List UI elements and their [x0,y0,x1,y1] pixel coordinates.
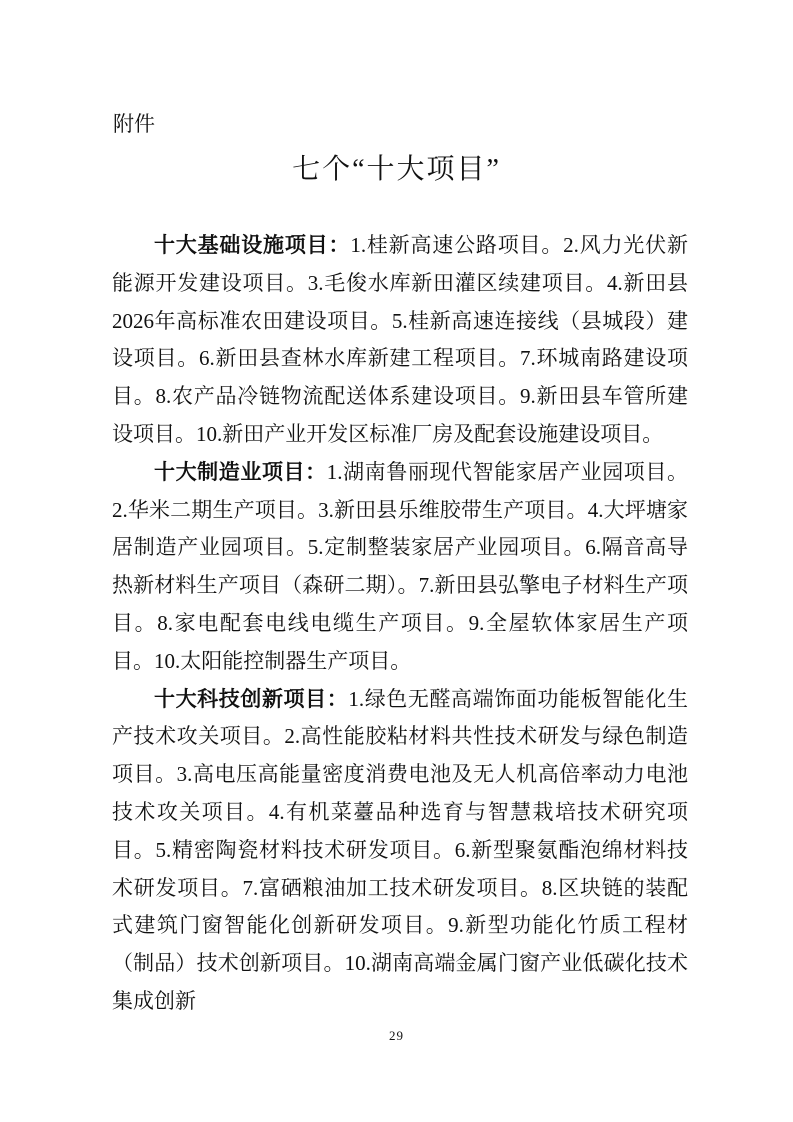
document-page: 附件 七个“十大项目” 十大基础设施项目：1.桂新高速公路项目。2.风力光伏新能… [0,0,793,1122]
paragraph-text: 1.湖南鲁丽现代智能家居产业园项目。2.华米二期生产项目。3.新田县乐维胶带生产… [112,460,688,673]
paragraph-text: 1.绿色无醛高端饰面功能板智能化生产技术攻关项目。2.高性能胶粘材料共性技术研发… [112,687,688,1013]
paragraph-infrastructure-projects: 十大基础设施项目：1.桂新高速公路项目。2.风力光伏新能源开发建设项目。3.毛俊… [112,227,688,454]
paragraph-heading: 十大制造业项目： [154,460,327,484]
paragraph-manufacturing-projects: 十大制造业项目：1.湖南鲁丽现代智能家居产业园项目。2.华米二期生产项目。3.新… [112,454,688,681]
page-title: 七个“十大项目” [0,147,793,187]
document-body: 十大基础设施项目：1.桂新高速公路项目。2.风力光伏新能源开发建设项目。3.毛俊… [112,227,688,1021]
attachment-label: 附件 [113,110,155,138]
paragraph-text: 1.桂新高速公路项目。2.风力光伏新能源开发建设项目。3.毛俊水库新田灌区续建项… [112,233,688,446]
paragraph-tech-innovation-projects: 十大科技创新项目：1.绿色无醛高端饰面功能板智能化生产技术攻关项目。2.高性能胶… [112,681,688,1021]
paragraph-heading: 十大基础设施项目： [154,233,350,257]
page-number: 29 [0,1028,793,1044]
paragraph-heading: 十大科技创新项目： [154,687,348,711]
